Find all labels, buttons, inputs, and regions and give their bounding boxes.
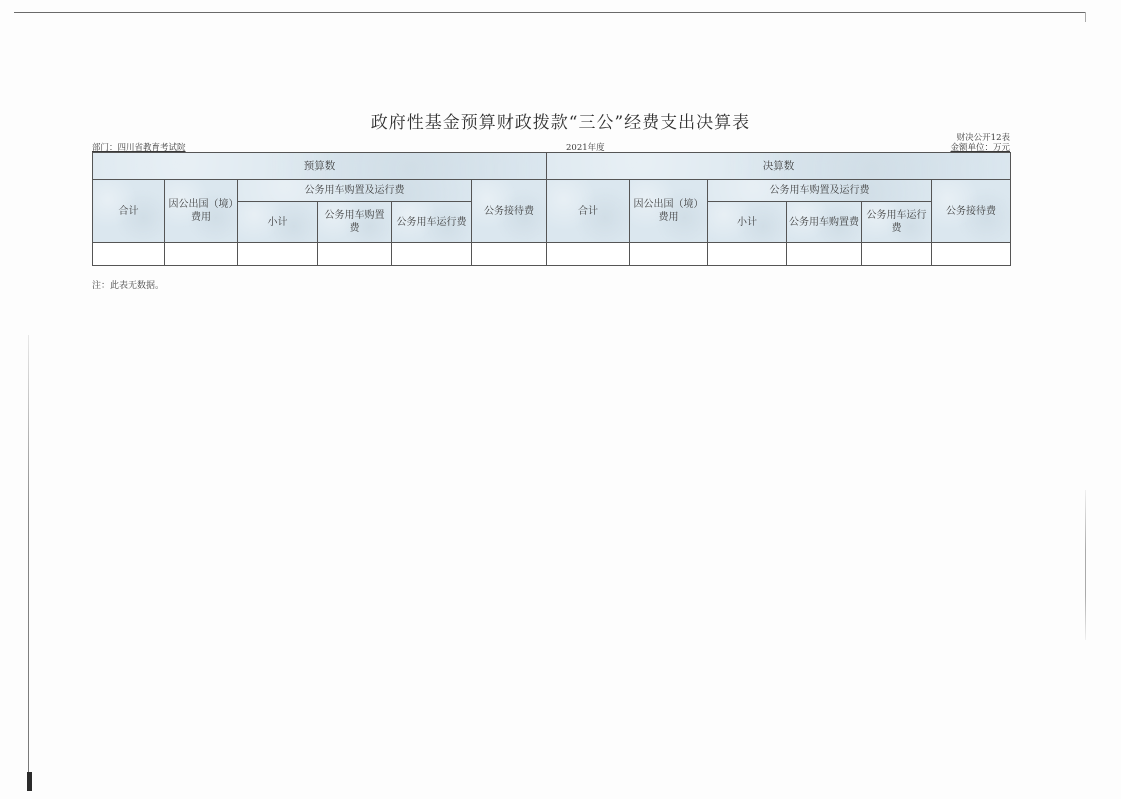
budget-vehicle-subtotal-header: 小计 bbox=[238, 202, 318, 243]
final-group-header: 决算数 bbox=[547, 153, 1011, 180]
table-cell bbox=[932, 243, 1011, 266]
final-vehicle-group-header: 公务用车购置及运行费 bbox=[708, 180, 932, 202]
scan-mark bbox=[27, 772, 32, 791]
table-cell bbox=[93, 243, 165, 266]
table-cell bbox=[547, 243, 630, 266]
table-cell bbox=[318, 243, 392, 266]
table-cell bbox=[708, 243, 787, 266]
scan-border-right bbox=[1085, 490, 1086, 640]
table-cell bbox=[862, 243, 932, 266]
final-reception-header: 公务接待费 bbox=[932, 180, 1011, 243]
scan-border-tick bbox=[1085, 12, 1086, 22]
budget-vehicle-purchase-header: 公务用车购置费 bbox=[318, 202, 392, 243]
budget-total-header: 合计 bbox=[93, 180, 165, 243]
table-cell bbox=[392, 243, 472, 266]
scan-border-top bbox=[14, 12, 1086, 13]
table-cell bbox=[630, 243, 708, 266]
table-cell bbox=[165, 243, 238, 266]
table-row bbox=[93, 243, 1011, 266]
final-vehicle-operation-header: 公务用车运行费 bbox=[862, 202, 932, 243]
final-overseas-header: 因公出国（境）费用 bbox=[630, 180, 708, 243]
table-note: 注：此表无数据。 bbox=[92, 278, 164, 291]
final-vehicle-purchase-header: 公务用车购置费 bbox=[787, 202, 862, 243]
budget-vehicle-operation-header: 公务用车运行费 bbox=[392, 202, 472, 243]
page-title: 政府性基金预算财政拨款“三公”经费支出决算表 bbox=[0, 108, 1121, 133]
budget-vehicle-group-header: 公务用车购置及运行费 bbox=[238, 180, 472, 202]
expense-table: 预算数 决算数 合计 因公出国（境）费用 公务用车购置及运行费 公务接待费 合计… bbox=[92, 152, 1011, 266]
budget-overseas-header: 因公出国（境）费用 bbox=[165, 180, 238, 243]
scan-border-left bbox=[28, 335, 29, 790]
budget-group-header: 预算数 bbox=[93, 153, 547, 180]
table-cell bbox=[787, 243, 862, 266]
budget-reception-header: 公务接待费 bbox=[472, 180, 547, 243]
final-total-header: 合计 bbox=[547, 180, 630, 243]
table-cell bbox=[238, 243, 318, 266]
final-vehicle-subtotal-header: 小计 bbox=[708, 202, 787, 243]
table-cell bbox=[472, 243, 547, 266]
